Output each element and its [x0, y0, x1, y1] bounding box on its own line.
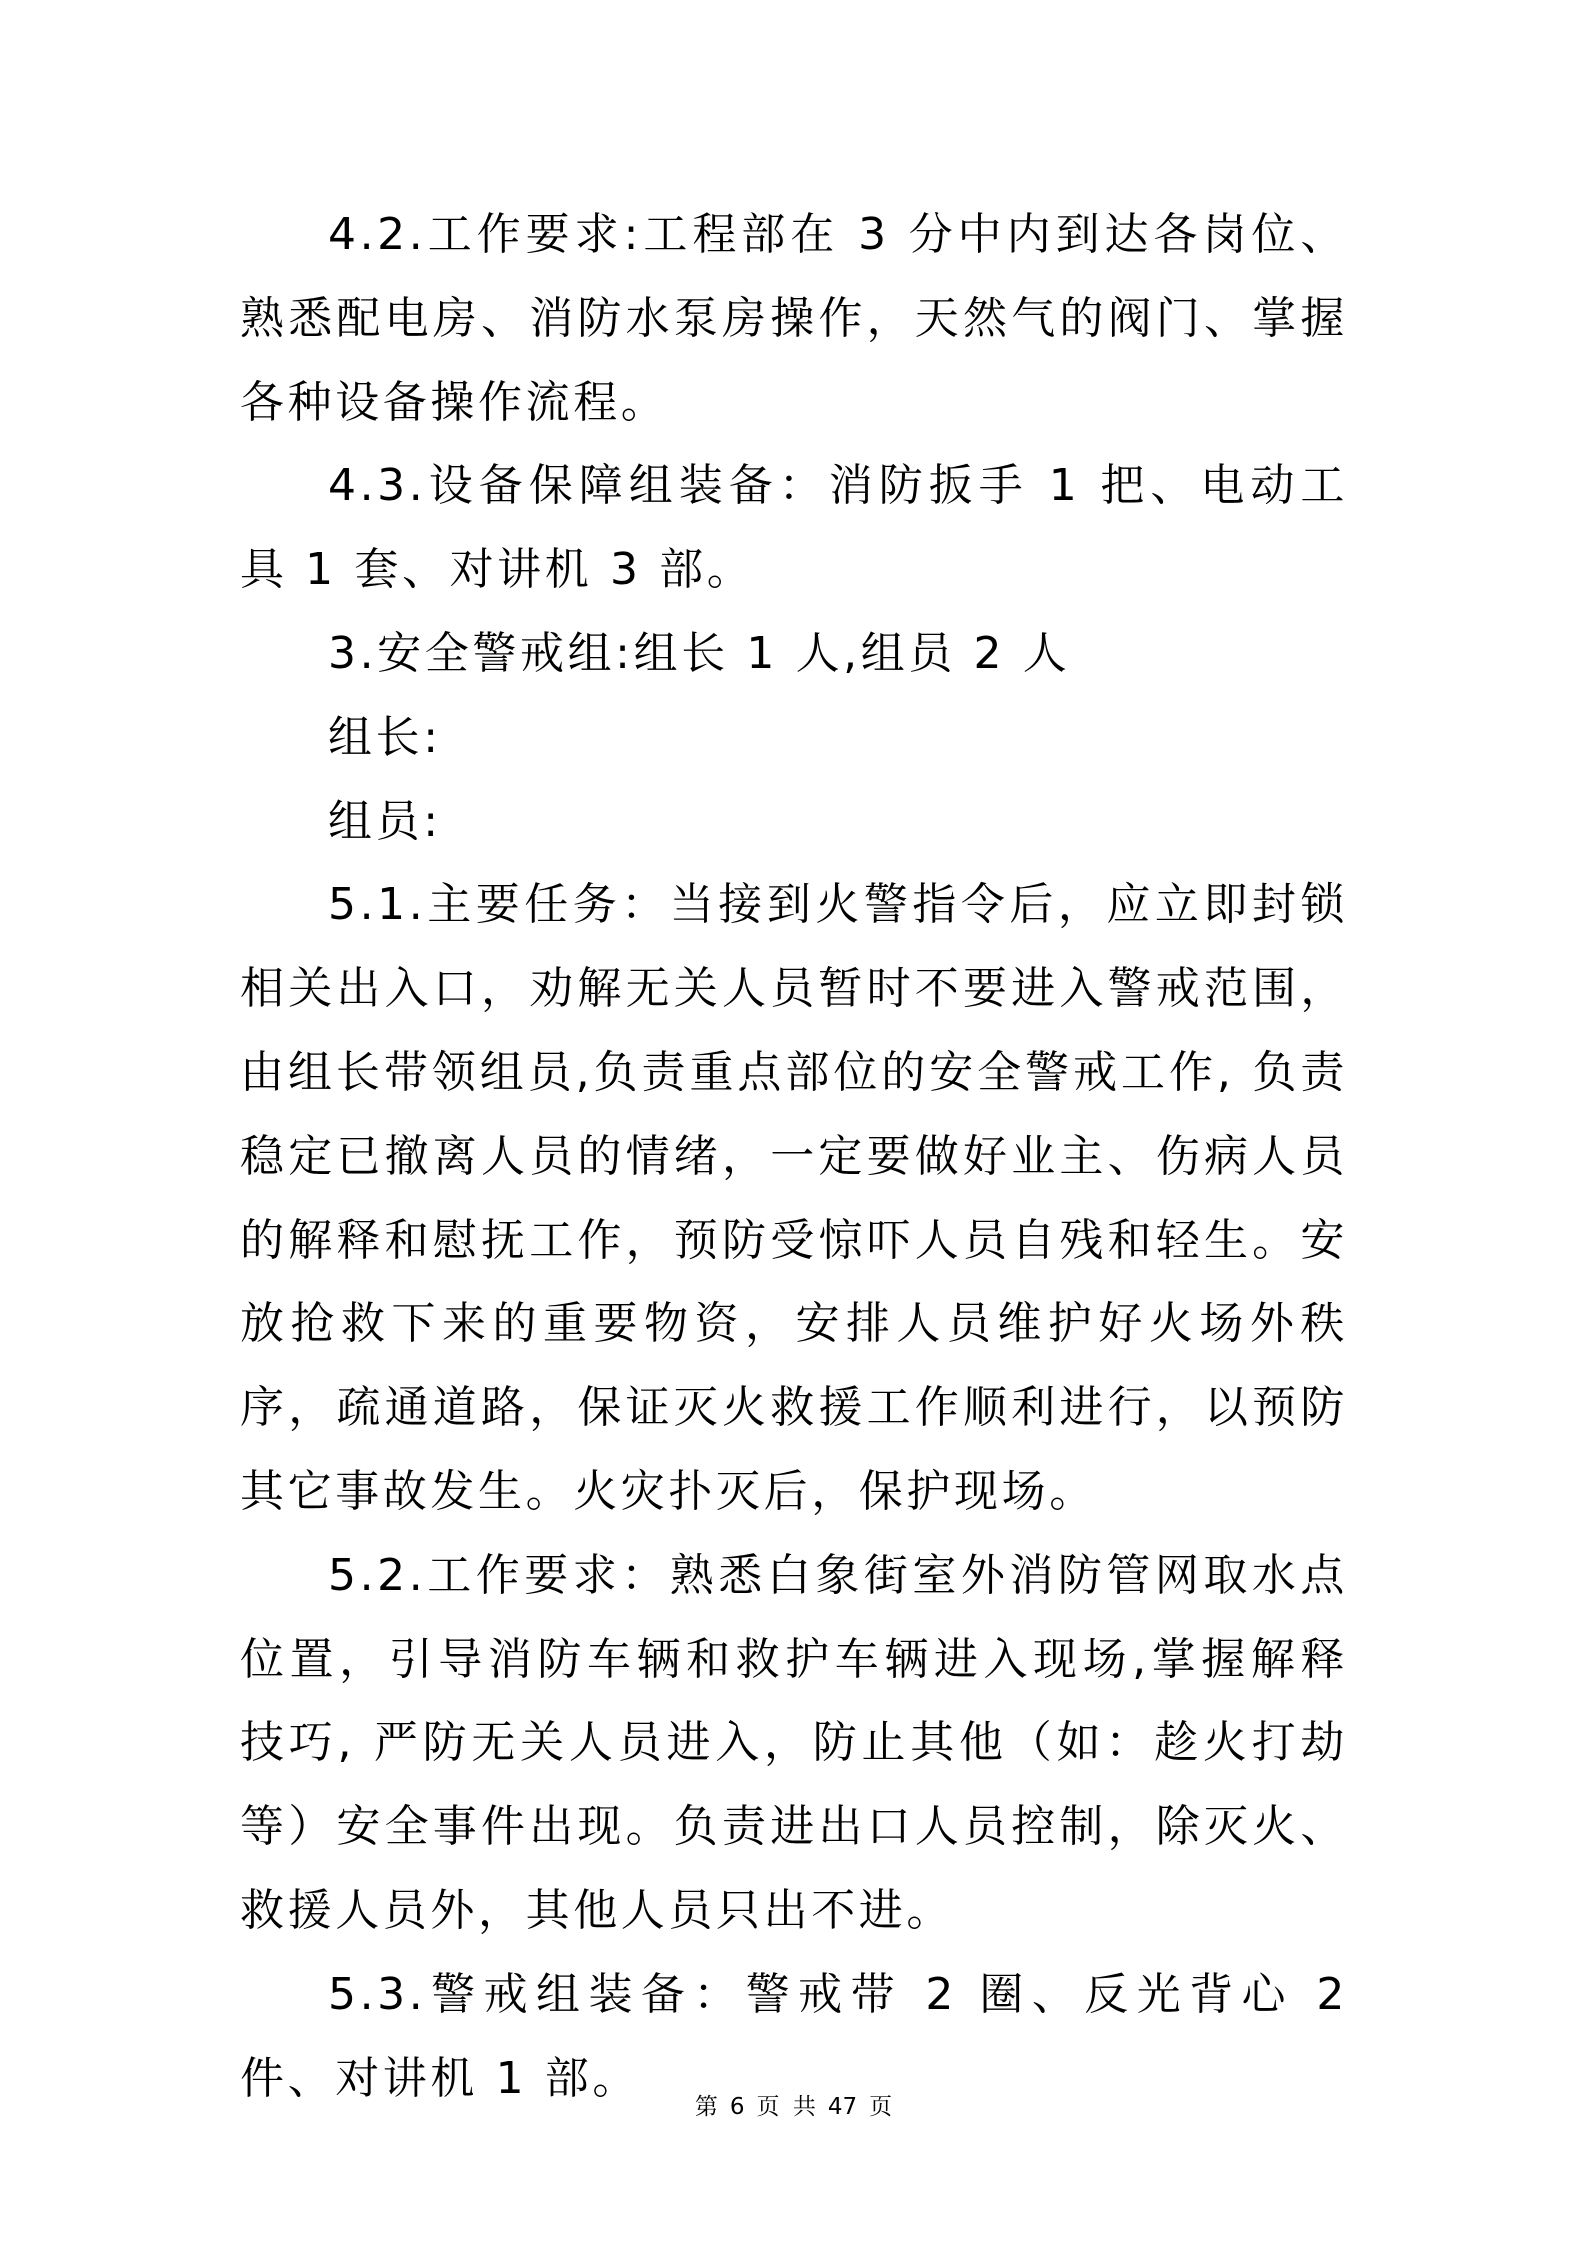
- footer-suffix: 页: [869, 2094, 892, 2120]
- total-pages-number: 47: [828, 2094, 857, 2120]
- footer-mid: 页 共: [757, 2094, 816, 2120]
- paragraph-group-leader: 组长:: [240, 696, 1348, 780]
- page-footer: 第6页 共47页: [0, 2088, 1587, 2121]
- paragraph-5-1-main-tasks: 5.1.主要任务：当接到火警指令后，应立即封锁相关出入口，劝解无关人员暂时不要进…: [240, 863, 1348, 1533]
- current-page-number: 6: [730, 2094, 745, 2120]
- paragraph-5-2-work-requirements: 5.2.工作要求：熟悉白象街室外消防管网取水点位置，引导消防车辆和救护车辆进入现…: [240, 1534, 1348, 1953]
- paragraph-3-security-group: 3.安全警戒组:组长 1 人,组员 2 人: [240, 612, 1348, 696]
- document-body: 4.2.工作要求:工程部在 3 分中内到达各岗位、熟悉配电房、消防水泵房操作，天…: [240, 193, 1348, 2120]
- paragraph-4-3-equipment: 4.3.设备保障组装备：消防扳手 1 把、电动工具 1 套、对讲机 3 部。: [240, 444, 1348, 612]
- paragraph-4-2-work-requirements: 4.2.工作要求:工程部在 3 分中内到达各岗位、熟悉配电房、消防水泵房操作，天…: [240, 193, 1348, 444]
- paragraph-group-members: 组员:: [240, 780, 1348, 864]
- document-page: 4.2.工作要求:工程部在 3 分中内到达各岗位、熟悉配电房、消防水泵房操作，天…: [0, 0, 1587, 2245]
- footer-prefix: 第: [695, 2094, 718, 2120]
